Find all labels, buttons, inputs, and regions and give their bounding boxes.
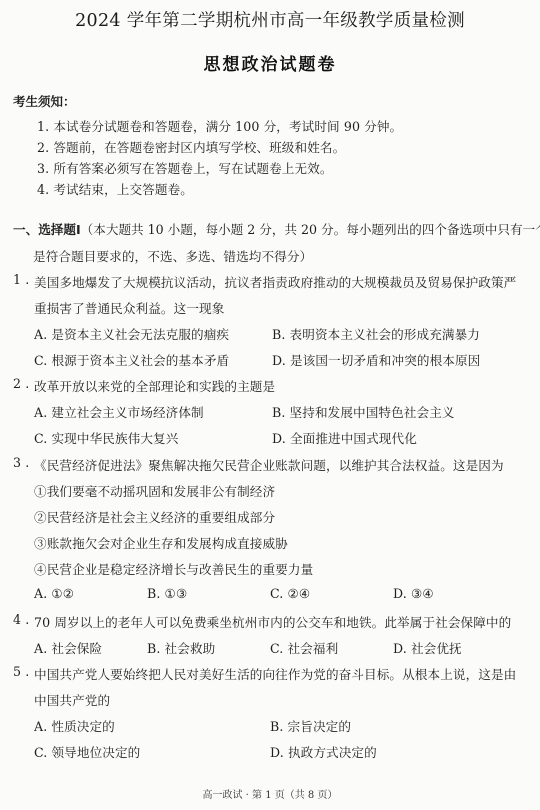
option-a: A. 社会保险 (34, 638, 102, 657)
option-a: A. ①② (34, 586, 74, 601)
notice-item: 4. 考试结束，上交答题卷。 (37, 179, 193, 198)
notice-heading: 考生须知： (13, 92, 76, 110)
statement-4: ④民营企业是稳定经济增长与改善民生的重要力量 (34, 559, 313, 578)
option-b: B. 坚持和发展中国特色社会主义 (272, 402, 455, 421)
question-number: 5 . (13, 664, 29, 679)
statement-1: ①我们要毫不动摇巩固和发展非公有制经济 (34, 481, 275, 500)
option-b: B. ①③ (147, 586, 187, 601)
question-stem: 美国多地爆发了大规模抗议活动，抗议者指责政府推动的大规模裁员及贸易保护政策严 (34, 272, 516, 291)
option-a: A. 建立社会主义市场经济体制 (34, 402, 204, 421)
option-d: D. 全面推进中国式现代化 (272, 428, 417, 447)
option-d: D. 社会优抚 (393, 638, 462, 657)
exam-title: 2024 学年第二学期杭州市高一年级教学质量检测 (0, 7, 540, 32)
option-d: D. 是该国一切矛盾和冲突的根本原因 (272, 350, 480, 369)
section-description: （本大题共 10 小题，每小题 2 分，共 20 分。每小题列出的四个备选项中只… (81, 222, 540, 237)
option-c: C. 实现中华民族伟大复兴 (34, 428, 178, 447)
section-label: 一、选择题Ⅰ (13, 222, 81, 237)
question-number: 2 . (13, 376, 29, 391)
notice-item: 2. 答题前，在答题卷密封区内填写学校、班级和姓名。 (37, 137, 345, 156)
option-a: A. 性质决定的 (34, 716, 115, 735)
question-stem: 重损害了普通民众利益。这一现象 (34, 298, 224, 317)
notice-item: 1. 本试卷分试题卷和答题卷，满分 100 分，考试时间 90 分钟。 (37, 116, 402, 135)
paper-subtitle: 思想政治试题卷 (0, 50, 540, 75)
option-c: C. ②④ (270, 586, 310, 601)
option-c: C. 领导地位决定的 (34, 742, 140, 761)
option-a: A. 是资本主义社会无法克服的痼疾 (34, 324, 229, 343)
question-number: 3 . (13, 455, 29, 470)
option-d: D. 执政方式决定的 (270, 742, 377, 761)
question-stem: 中国共产党人要始终把人民对美好生活的向往作为党的奋斗目标。从根本上说，这是由 (34, 664, 516, 683)
option-b: B. 宗旨决定的 (270, 716, 351, 735)
question-stem: 70 周岁以上的老年人可以免费乘坐杭州市内的公交车和地铁。此举属于社会保障中的 (34, 612, 511, 631)
option-c: C. 根源于资本主义社会的基本矛盾 (34, 350, 229, 369)
page-footer: 高一政试 · 第 1 页（共 8 页） (0, 786, 540, 801)
option-c: C. 社会福利 (270, 638, 338, 657)
option-b: B. 表明资本主义社会的形成充满暴力 (272, 324, 480, 343)
section-description-cont: 是符合题目要求的，不选、多选、错选均不得分） (33, 246, 312, 265)
statement-2: ②民营经济是社会主义经济的重要组成部分 (34, 507, 275, 526)
question-stem: 《民营经济促进法》聚焦解决拖欠民营企业账款问题，以维护其合法权益。这是因为 (34, 455, 504, 474)
option-b: B. 社会救助 (147, 638, 215, 657)
option-d: D. ③④ (393, 586, 434, 601)
question-number: 1 . (13, 272, 29, 287)
statement-3: ③账款拖欠会对企业生存和发展构成直接威胁 (34, 533, 288, 552)
notice-item: 3. 所有答案必须写在答题卷上，写在试题卷上无效。 (37, 158, 333, 177)
question-stem: 改革开放以来党的全部理论和实践的主题是 (34, 376, 275, 395)
question-stem: 中国共产党的 (34, 690, 110, 709)
section-heading: 一、选择题Ⅰ（本大题共 10 小题，每小题 2 分，共 20 分。每小题列出的四… (13, 219, 540, 238)
question-number: 4 . (13, 612, 29, 627)
